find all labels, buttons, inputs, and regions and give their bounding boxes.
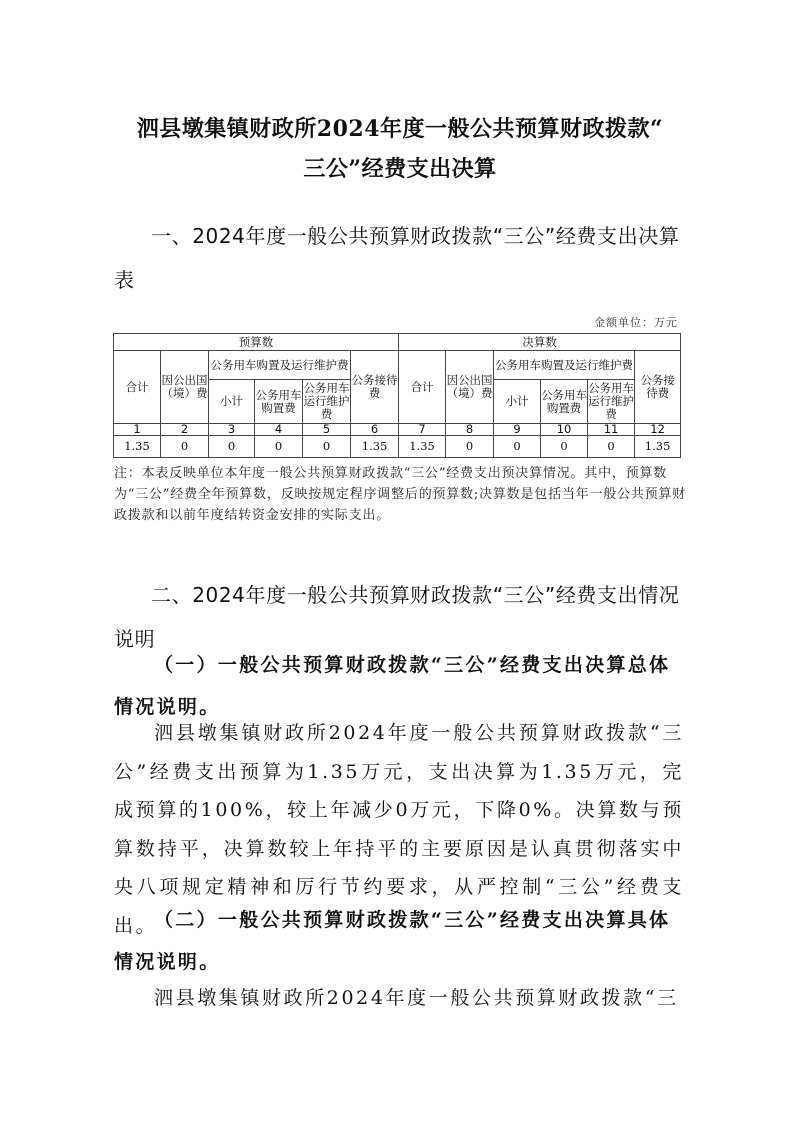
value-cell: 1.35	[399, 436, 446, 458]
header-subtotal: 小计	[494, 380, 541, 424]
header-vehicle-purchase: 公务用车购置费	[541, 380, 588, 424]
table-header-row-1: 合计 因公出国（境）费 公务用车购置及运行维护费 公务接待费 合计 因公出国（境…	[114, 351, 681, 380]
index-cell: 2	[161, 424, 209, 436]
header-total: 合计	[114, 351, 161, 424]
table-value-row: 1.35 0 0 0 0 1.35 1.35 0 0 0 0 1.35	[114, 436, 681, 458]
value-cell: 0	[255, 436, 303, 458]
index-cell: 6	[351, 424, 399, 436]
header-vehicle: 公务用车购置及运行维护费	[494, 351, 635, 380]
index-cell: 3	[209, 424, 255, 436]
index-cell: 11	[588, 424, 635, 436]
index-cell: 12	[635, 424, 681, 436]
index-cell: 1	[114, 424, 161, 436]
subsection2-body: 泗县墩集镇财政所2024年度一般公共预算财政拨款“三	[114, 979, 684, 1018]
header-vehicle-operation: 公务用车运行维护费	[303, 380, 351, 424]
header-subtotal: 小计	[209, 380, 255, 424]
three-public-expenses-table: 预算数 决算数 合计 因公出国（境）费 公务用车购置及运行维护费 公务接待费 合…	[113, 333, 681, 458]
value-cell: 0	[541, 436, 588, 458]
value-cell: 1.35	[351, 436, 399, 458]
header-reception: 公务接待费	[351, 351, 399, 424]
index-cell: 10	[541, 424, 588, 436]
index-cell: 8	[446, 424, 494, 436]
unit-label: 金额单位：万元	[594, 314, 678, 330]
header-vehicle-purchase: 公务用车购置费	[255, 380, 303, 424]
value-cell: 0	[161, 436, 209, 458]
header-vehicle-operation: 公务用车运行维护费	[588, 380, 635, 424]
value-cell: 0	[446, 436, 494, 458]
value-cell: 0	[588, 436, 635, 458]
subsection2-heading: （二）一般公共预算财政拨款“三公”经费支出决算具体情况说明。	[114, 899, 684, 983]
header-total: 合计	[399, 351, 446, 424]
header-overseas: 因公出国（境）费	[161, 351, 209, 424]
value-cell: 1.35	[635, 436, 681, 458]
value-cell: 1.35	[114, 436, 161, 458]
index-cell: 5	[303, 424, 351, 436]
value-cell: 0	[494, 436, 541, 458]
group-final: 决算数	[399, 334, 681, 351]
table-note: 注：本表反映单位本年度一般公共预算财政拨款“三公”经费支出预决算情况。其中，预算…	[114, 463, 689, 526]
table-group-header-row: 预算数 决算数	[114, 334, 681, 351]
header-vehicle: 公务用车购置及运行维护费	[209, 351, 351, 380]
table-index-row: 1 2 3 4 5 6 7 8 9 10 11 12	[114, 424, 681, 436]
group-budget: 预算数	[114, 334, 399, 351]
section1-heading: 一、2024年度一般公共预算财政拨款“三公”经费支出决算表	[114, 214, 684, 302]
value-cell: 0	[209, 436, 255, 458]
document-title-line2: 三公”经费支出决算	[100, 152, 700, 183]
document-title-line1: 泗县墩集镇财政所2024年度一般公共预算财政拨款“	[100, 112, 700, 143]
index-cell: 7	[399, 424, 446, 436]
index-cell: 4	[255, 424, 303, 436]
value-cell: 0	[303, 436, 351, 458]
header-overseas: 因公出国（境）费	[446, 351, 494, 424]
index-cell: 9	[494, 424, 541, 436]
header-reception: 公务接待费	[635, 351, 681, 424]
